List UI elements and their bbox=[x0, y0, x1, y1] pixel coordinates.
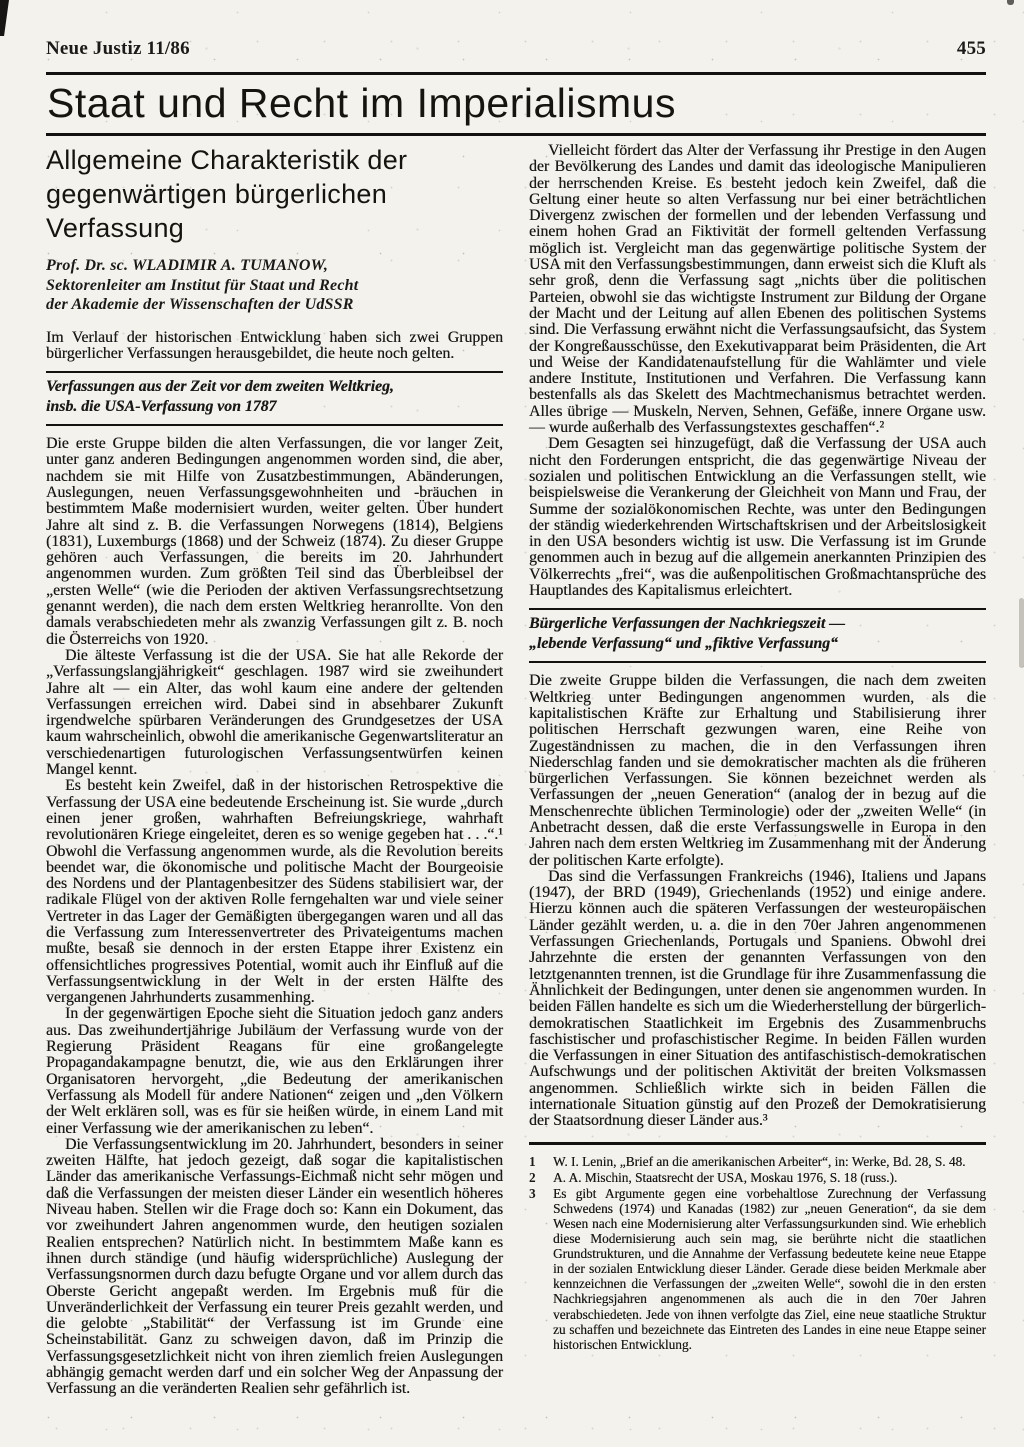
scanned-journal-page: Neue Justiz 11/86 455 Staat und Recht im… bbox=[0, 0, 1024, 1447]
rubric-title-rule bbox=[46, 133, 986, 136]
right-column: Vielleicht fördert das Alter der Verfass… bbox=[529, 143, 986, 1427]
scan-artifact-top-right bbox=[1007, 0, 1014, 5]
paragraph: Die älteste Verfassung ist die der USA. … bbox=[46, 648, 503, 778]
two-column-body: Allgemeine Charakteristik der gegenwärti… bbox=[46, 143, 986, 1427]
paragraph: Die zweite Gruppe bilden die Verfassunge… bbox=[529, 673, 986, 869]
page-header: Neue Justiz 11/86 455 bbox=[46, 38, 986, 60]
author-role-line2: der Akademie der Wissenschaften der UdSS… bbox=[46, 295, 503, 315]
footnote-number: 3 bbox=[529, 1186, 544, 1352]
intro-paragraph: Im Verlauf der historischen Entwicklung … bbox=[46, 330, 503, 363]
page-number: 455 bbox=[957, 38, 986, 60]
footnote: 2 A. A. Mischin, Staatsrecht der USA, Mo… bbox=[529, 1170, 986, 1185]
footnote-text: Es gibt Argumente gegen eine vorbehaltlo… bbox=[553, 1186, 986, 1352]
footnote-number: 2 bbox=[529, 1170, 544, 1185]
paragraph: Die Verfassungsentwicklung im 20. Jahrhu… bbox=[46, 1137, 503, 1398]
journal-issue-label: Neue Justiz 11/86 bbox=[46, 38, 190, 60]
rubric-title: Staat und Recht im Imperialismus bbox=[47, 80, 986, 127]
footnote-text: W. I. Lenin, „Brief an die amerikanische… bbox=[553, 1154, 986, 1169]
author-block: Prof. Dr. sc. WLADIMIR A. TUMANOW, Sekto… bbox=[46, 256, 503, 315]
paragraph: Es besteht kein Zweifel, daß in der hist… bbox=[46, 778, 503, 1006]
paragraph: Dem Gesagten sei hinzugefügt, daß die Ve… bbox=[529, 436, 986, 599]
left-column: Allgemeine Charakteristik der gegenwärti… bbox=[46, 143, 503, 1427]
footnote: 3 Es gibt Argumente gegen eine vorbehalt… bbox=[529, 1186, 986, 1352]
paragraph: Das sind die Verfassungen Frankreichs (1… bbox=[529, 869, 986, 1130]
section-heading-postwar: Bürgerliche Verfassungen der Nachkriegsz… bbox=[529, 608, 986, 663]
author-role-line1: Sektorenleiter am Institut für Staat und… bbox=[46, 276, 503, 296]
paragraph: Vielleicht fördert das Alter der Verfass… bbox=[529, 143, 986, 436]
scan-smudge-right-edge bbox=[1019, 598, 1024, 668]
footnotes-block: 1 W. I. Lenin, „Brief an die amerikanisc… bbox=[529, 1142, 986, 1352]
footnote: 1 W. I. Lenin, „Brief an die amerikanisc… bbox=[529, 1154, 986, 1169]
footnote-text: A. A. Mischin, Staatsrecht der USA, Mosk… bbox=[553, 1170, 986, 1185]
author-name: Prof. Dr. sc. WLADIMIR A. TUMANOW, bbox=[46, 256, 503, 276]
scan-artifact-top-left bbox=[0, 0, 9, 36]
paragraph: In der gegenwärtigen Epoche sieht die Si… bbox=[46, 1006, 503, 1136]
footnote-number: 1 bbox=[529, 1154, 544, 1169]
header-rule bbox=[46, 72, 986, 75]
article-title: Allgemeine Charakteristik der gegenwärti… bbox=[46, 143, 503, 245]
paragraph: Die erste Gruppe bilden die alten Verfas… bbox=[46, 436, 503, 648]
section-heading-prewar: Verfassungen aus der Zeit vor dem zweite… bbox=[46, 371, 503, 426]
